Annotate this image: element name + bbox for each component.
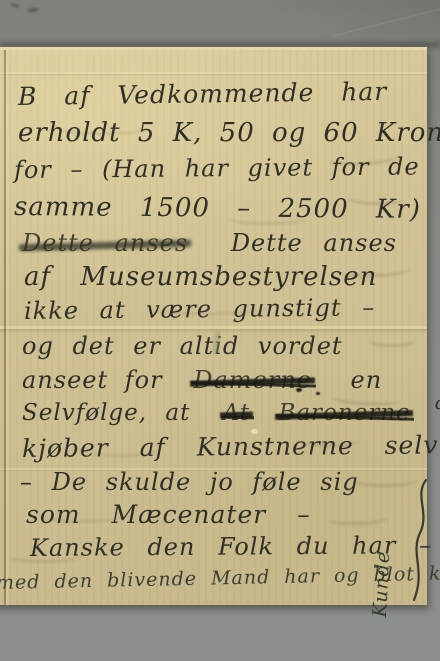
- backdrop-smudge: [10, 3, 20, 9]
- handwritten-line: som Mæcenater –: [26, 500, 311, 529]
- handwritten-line: B af Vedkommende har: [18, 77, 388, 111]
- struck-out-text: Dette anses: [22, 229, 188, 257]
- struck-out-text: Damerne: [193, 366, 312, 394]
- handwritten-line: Selvfølge, at At Baronerne de: [22, 400, 440, 426]
- handwritten-line: kjøber af Kunstnerne selv: [22, 430, 439, 463]
- handwritten-text: anseet for: [22, 366, 163, 394]
- paper-crease: [0, 72, 427, 74]
- handwritten-text: Selvfølge, at: [22, 400, 190, 426]
- ink-blot: [296, 388, 302, 392]
- handwritten-text: en: [351, 366, 383, 394]
- struck-out-text: Baronerne: [278, 400, 410, 426]
- photo-of-letter: B af Vedkommende har erholdt 5 K, 50 og …: [0, 0, 440, 661]
- handwritten-line: anseet for Damerne en: [22, 366, 382, 394]
- ink-blot: [316, 392, 320, 395]
- paper-left-fold: [4, 50, 6, 605]
- handwritten-line: for – (Han har givet for de: [14, 152, 420, 184]
- margin-flourish-line: [396, 478, 432, 603]
- handwritten-line: og det er altid vordet: [22, 332, 343, 360]
- handwritten-line: ikke at være gunstigt –: [24, 293, 375, 325]
- ink-bleed-through: [368, 332, 416, 347]
- handwritten-line: Dette anses Dette anses: [22, 229, 397, 257]
- handwritten-line: – De skulde jo føle sig: [20, 468, 359, 496]
- handwritten-line: af Museumsbestyrelsen: [24, 262, 377, 292]
- paper-fold-crease: [0, 326, 427, 329]
- struck-out-text: At: [223, 400, 250, 426]
- handwritten-line: samme 1500 – 2500 Kr): [14, 192, 421, 225]
- backdrop-smudge: [27, 7, 39, 13]
- handwritten-line: erholdt 5 K, 50 og 60 Kron: [18, 118, 440, 148]
- handwritten-text: Dette anses: [231, 229, 397, 257]
- paper-fleck: [251, 429, 258, 434]
- inserted-word-above: de: [435, 393, 440, 414]
